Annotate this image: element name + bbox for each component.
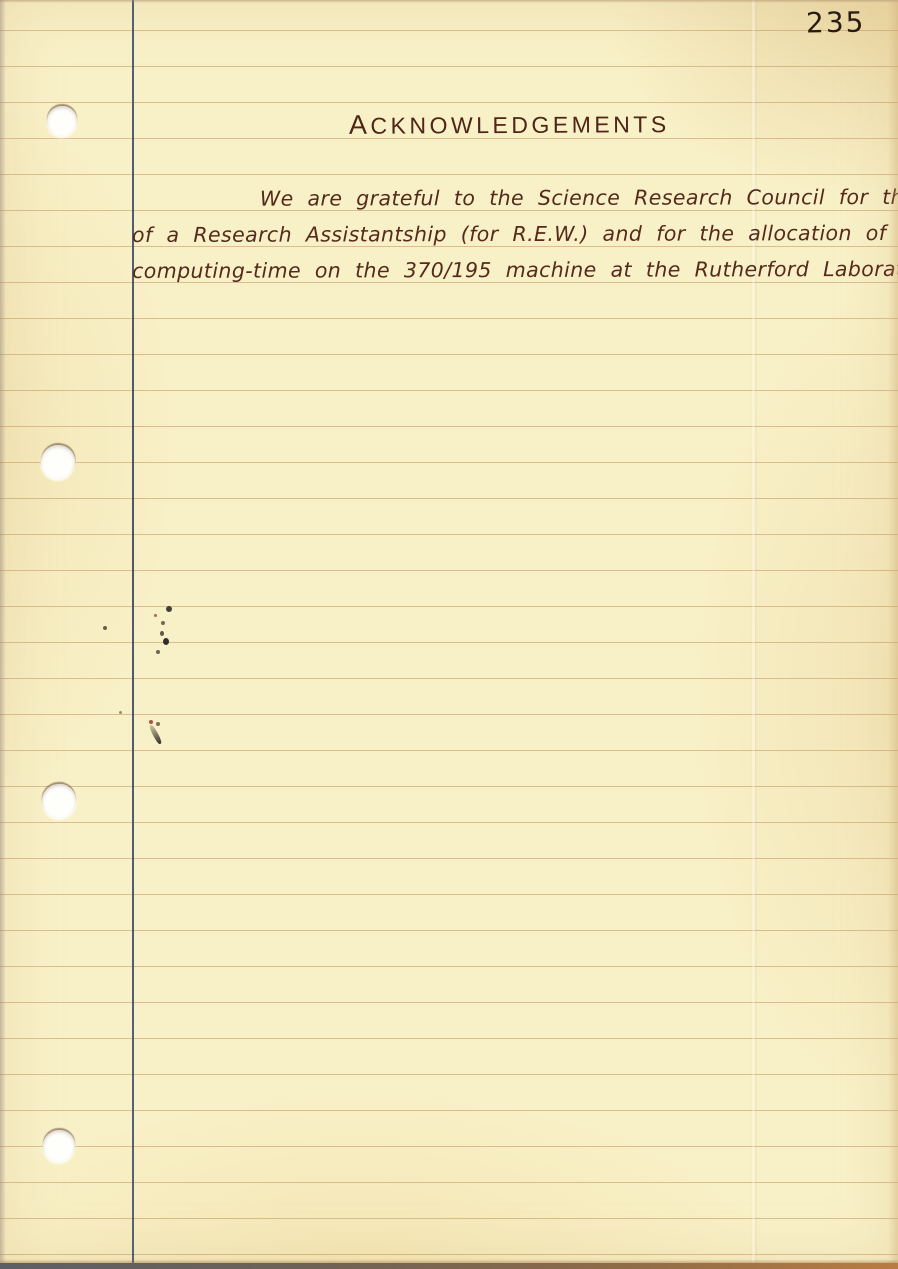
ink-speck [161,621,165,625]
punch-hole [47,106,77,136]
page-number: 235 [806,5,866,39]
punch-hole [43,1130,75,1162]
acknowledgement-paragraph: We are grateful to the Science Research … [132,179,890,289]
page-title: ACKNOWLEDGEMENTS [349,108,670,141]
punch-hole [40,782,77,819]
handwritten-line: of a Research Assistantship (for R.E.W.)… [132,215,890,253]
scan-edge-bottom [0,1263,898,1269]
ink-speck [154,614,157,617]
handwritten-line: We are grateful to the Science Research … [132,179,890,217]
ink-speck [166,606,172,612]
ink-smudge [148,724,162,745]
ink-speck [160,631,164,636]
ink-speck [156,650,160,654]
ink-speck [149,720,153,724]
notebook-page: 235 ACKNOWLEDGEMENTS We are grateful to … [0,0,898,1269]
ink-speck [103,626,107,630]
ink-speck [119,711,122,714]
punch-hole [39,443,77,481]
page-edge-right [888,0,898,1269]
handwritten-line: computing-time on the 370/195 machine at… [132,251,890,289]
ink-speck [163,638,169,645]
page-edge-top [0,0,898,3]
ink-speck [156,722,160,726]
page-edge-left [0,0,6,1269]
